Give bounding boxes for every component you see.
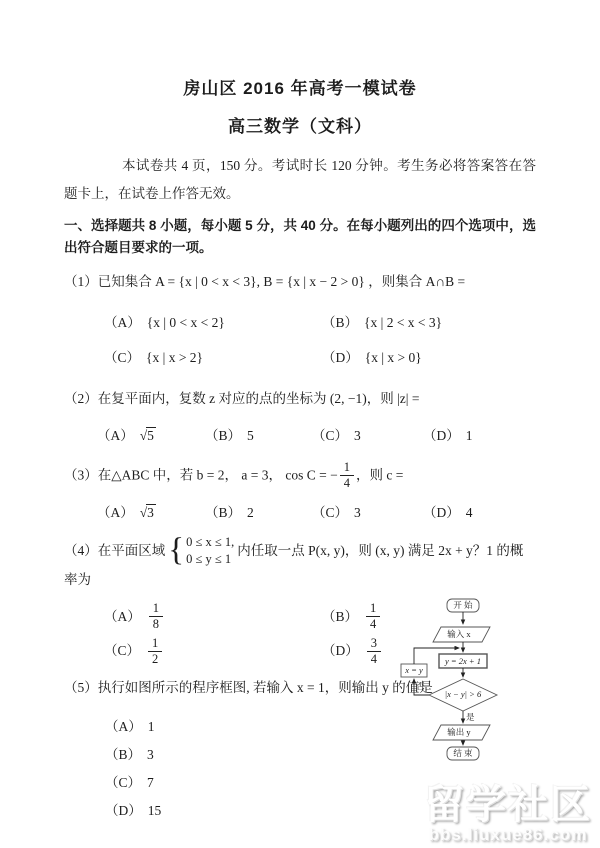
- option-value: 5: [247, 428, 254, 443]
- option-value: 3: [147, 747, 154, 762]
- option-2a: （A）5: [97, 426, 205, 446]
- option-3b: （B）2: [205, 503, 312, 523]
- fraction: 34: [367, 637, 381, 666]
- option-value: 1: [466, 428, 473, 443]
- option-value: {x | x > 0}: [365, 350, 422, 365]
- section-heading: 一、选择题共 8 小题，每小题 5 分，共 40 分。在每小题列出的四个选项中，…: [64, 215, 536, 259]
- option-label: （B）: [322, 609, 358, 624]
- fraction-denominator: 4: [367, 652, 381, 666]
- question-3-post: ，则 c =: [356, 468, 403, 483]
- option-value: {x | 0 < x < 2}: [147, 315, 225, 330]
- fraction-numerator: 1: [148, 637, 162, 652]
- option-label: （C）: [312, 505, 348, 520]
- question-2-options: （A）5 （B）5 （C）3 （D）1: [64, 426, 536, 446]
- option-4c: （C）12: [104, 638, 322, 667]
- option-2b: （B）5: [205, 426, 312, 446]
- fraction-denominator: 2: [148, 652, 162, 666]
- option-label: （D）: [322, 350, 359, 365]
- fraction-denominator: 4: [366, 617, 380, 631]
- inequality-line: 0 ≤ y ≤ 1: [186, 551, 234, 568]
- option-label: （C）: [104, 350, 140, 365]
- option-value: 2: [247, 505, 254, 520]
- question-1-options: （A）{x | 0 < x < 2} （B）{x | 2 < x < 3} （C…: [64, 313, 536, 368]
- option-label: （C）: [104, 643, 140, 658]
- option-label: （D）: [423, 428, 460, 443]
- watermark-name: 留学社区: [424, 784, 592, 826]
- question-1-text: （1）已知集合 A = {x | 0 < x < 3}, B = {x | x …: [64, 271, 536, 293]
- option-value: {x | x > 2}: [146, 350, 203, 365]
- question-3-text: （3）在△ABC 中，若 b = 2， a = 3， cos C = −14，则…: [64, 462, 536, 491]
- site-watermark: 留学社区 bbs.liuxue86.com: [424, 784, 592, 844]
- flowchart-input-label: 输入 x: [433, 629, 485, 640]
- page-title: 房山区 2016 年高考一模试卷: [64, 74, 536, 99]
- question-4-text: （4）在平面区域0 ≤ x ≤ 1,0 ≤ y ≤ 1内任取一点 P(x, y)…: [64, 535, 536, 591]
- inequality-line: 0 ≤ x ≤ 1,: [186, 534, 234, 551]
- flowchart-yes-label: 是: [466, 712, 475, 723]
- fraction-numerator: 1: [340, 461, 354, 476]
- option-label: （A）: [105, 719, 142, 734]
- question-3-options: （A）3 （B）2 （C）3 （D）4: [64, 503, 536, 523]
- option-label: （D）: [423, 505, 460, 520]
- fraction-numerator: 1: [366, 602, 380, 617]
- option-value: 15: [148, 803, 162, 818]
- option-value: {x | 2 < x < 3}: [364, 315, 442, 330]
- option-value: 1: [148, 719, 155, 734]
- option-1c: （C）{x | x > 2}: [104, 348, 322, 368]
- option-label: （C）: [312, 428, 348, 443]
- option-label: （A）: [104, 315, 141, 330]
- question-3-pre: （3）在△ABC 中，若 b = 2， a = 3， cos C = −: [64, 468, 338, 483]
- option-value: 7: [147, 775, 154, 790]
- exam-instructions: 本试卷共 4 页，150 分。考试时长 120 分钟。考生务必将答案答在答题卡上…: [64, 152, 536, 208]
- option-label: （B）: [322, 315, 358, 330]
- flowchart-output-label: 输出 y: [433, 727, 485, 738]
- page-subtitle: 高三数学（文科）: [64, 112, 536, 137]
- flowchart-diagram: [393, 596, 508, 764]
- question-4-pre: （4）在平面区域: [64, 543, 165, 558]
- flowchart-loop-assign-label: x = y: [401, 665, 427, 676]
- fraction-denominator: 8: [149, 617, 163, 631]
- option-label: （D）: [105, 803, 142, 818]
- option-1b: （B）{x | 2 < x < 3}: [322, 313, 536, 333]
- fraction-numerator: 3: [367, 637, 381, 652]
- flowchart-assign-label: y = 2x + 1: [439, 656, 487, 667]
- radicand: 3: [146, 504, 156, 520]
- flowchart-end-label: 结 束: [447, 748, 479, 759]
- inequality-system: 0 ≤ x ≤ 1,0 ≤ y ≤ 1: [168, 534, 234, 568]
- radical-value: 3: [140, 505, 156, 520]
- option-label: （B）: [205, 505, 241, 520]
- fraction: 14: [366, 602, 380, 631]
- option-label: （A）: [97, 428, 134, 443]
- option-3c: （C）3: [312, 503, 423, 523]
- fraction: 14: [340, 461, 354, 490]
- option-label: （C）: [105, 775, 141, 790]
- option-4a: （A）18: [104, 603, 322, 632]
- program-flowchart: 开 始 输入 x y = 2x + 1 x = y |x − y| > 6 否 …: [393, 596, 508, 764]
- flowchart-no-label: 否: [416, 681, 425, 692]
- inequality-lines: 0 ≤ x ≤ 1,0 ≤ y ≤ 1: [186, 534, 234, 568]
- radical-value: 5: [140, 428, 156, 443]
- option-2d: （D）1: [423, 426, 536, 446]
- watermark-url: bbs.liuxue86.com: [424, 826, 592, 844]
- option-label: （D）: [322, 643, 359, 658]
- brace-icon: [168, 536, 184, 567]
- option-label: （B）: [105, 747, 141, 762]
- radicand: 5: [146, 427, 156, 443]
- option-3d: （D）4: [423, 503, 536, 523]
- option-value: 3: [354, 505, 361, 520]
- option-1d: （D）{x | x > 0}: [322, 348, 536, 368]
- option-label: （A）: [97, 505, 134, 520]
- option-3a: （A）3: [97, 503, 205, 523]
- option-label: （A）: [104, 609, 141, 624]
- question-2-text: （2）在复平面内，复数 z 对应的点的坐标为 (2, −1)，则 |z| =: [64, 388, 536, 410]
- option-label: （B）: [205, 428, 241, 443]
- fraction: 18: [149, 602, 163, 631]
- option-value: 3: [354, 428, 361, 443]
- flowchart-condition-label: |x − y| > 6: [429, 689, 497, 700]
- flowchart-start-label: 开 始: [447, 600, 479, 611]
- fraction: 12: [148, 637, 162, 666]
- option-2c: （C）3: [312, 426, 423, 446]
- exam-paper-page: 房山区 2016 年高考一模试卷 高三数学（文科） 本试卷共 4 页，150 分…: [0, 0, 600, 848]
- fraction-numerator: 1: [149, 602, 163, 617]
- option-value: 4: [466, 505, 473, 520]
- option-1a: （A）{x | 0 < x < 2}: [104, 313, 322, 333]
- fraction-denominator: 4: [340, 476, 354, 490]
